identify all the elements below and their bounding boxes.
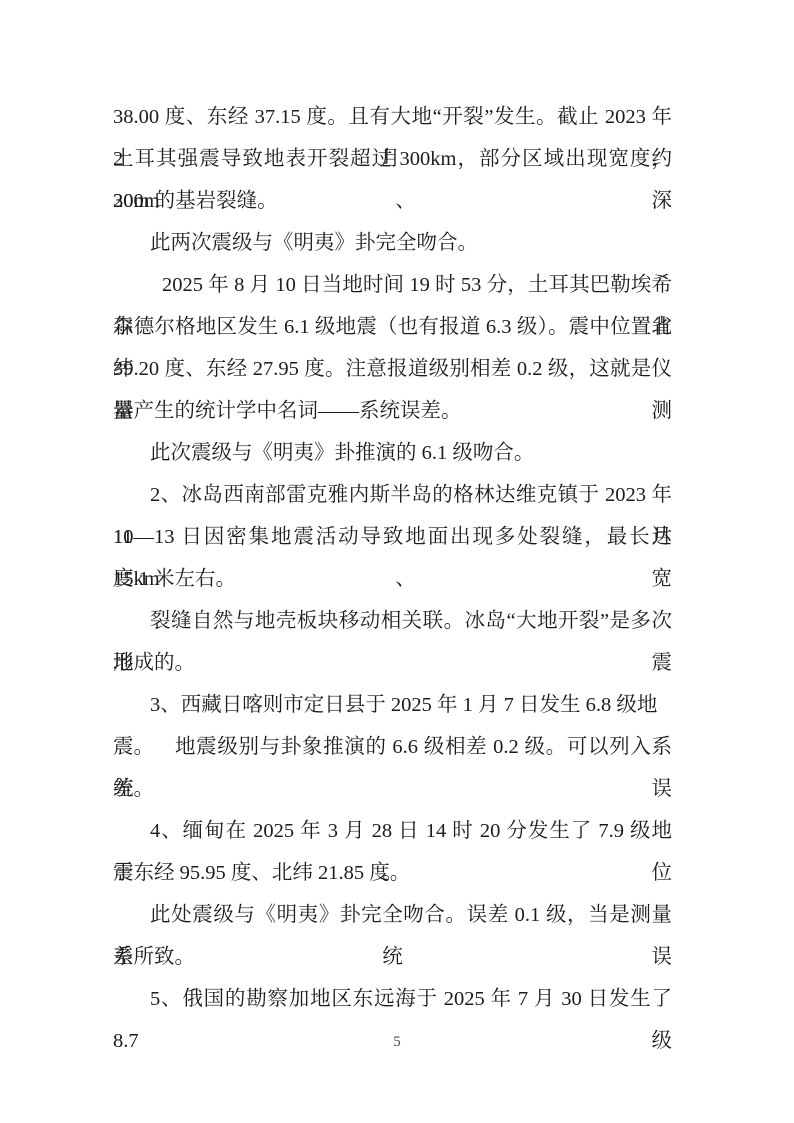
- text-line: 3、西藏日喀则市定日县于 2025 年 1 月 7 日发生 6.8 级地震。: [113, 684, 672, 726]
- paragraph: 3、西藏日喀则市定日县于 2025 年 1 月 7 日发生 6.8 级地震。: [113, 684, 672, 726]
- page-number: 5: [0, 1034, 794, 1051]
- paragraph: 4、缅甸在 2025 年 3 月 28 日 14 时 20 分发生了 7.9 级…: [113, 810, 672, 894]
- text-line: 10—13 日因密集地震活动导致地面出现多处裂缝，最长达 15km、宽: [113, 516, 672, 558]
- text-line: 39.20 度、东经 27.95 度。注意报道级别相差 0.2 级，这就是仪器测: [113, 348, 672, 390]
- text-line: 此次震级与《明夷》卦推演的 6.1 级吻合。: [113, 432, 672, 474]
- paragraph: 2、冰岛西南部雷克雅内斯半岛的格林达维克镇于 2023 年 11 月10—13 …: [113, 474, 672, 600]
- paragraph: 38.00 度、东经 37.15 度。且有大地“开裂”发生。截止 2023 年 …: [113, 96, 672, 222]
- text-line: 5、俄国的勘察加地区东远海于 2025 年 7 月 30 日发生了 8.7 级: [113, 978, 672, 1020]
- paragraph: 此两次震级与《明夷》卦完全吻合。: [113, 222, 672, 264]
- paragraph: 地震级别与卦象推演的 6.6 级相差 0.2 级。可以列入系统误差。: [113, 726, 672, 810]
- paragraph: 此次震级与《明夷》卦推演的 6.1 级吻合。: [113, 432, 672, 474]
- text-line: 38.00 度、东经 37.15 度。且有大地“开裂”发生。截止 2023 年 …: [113, 96, 672, 138]
- text-line: 此两次震级与《明夷》卦完全吻合。: [113, 222, 672, 264]
- text-line: 2025 年 8 月 10 日当地时间 19 时 53 分，土耳其巴勒埃希尔省: [113, 264, 672, 306]
- paragraph: 此处震级与《明夷》卦完全吻合。误差 0.1 级，当是测量系统误差所致。: [113, 894, 672, 978]
- text-line: 4、缅甸在 2025 年 3 月 28 日 14 时 20 分发生了 7.9 级…: [113, 810, 672, 852]
- text-line: 地震级别与卦象推演的 6.6 级相差 0.2 级。可以列入系统误: [113, 726, 672, 768]
- paragraph: 5、俄国的勘察加地区东远海于 2025 年 7 月 30 日发生了 8.7 级: [113, 978, 672, 1020]
- paragraph: 裂缝自然与地壳板块移动相关联。冰岛“大地开裂”是多次地震形成的。: [113, 600, 672, 684]
- document-page: 38.00 度、东经 37.15 度。且有大地“开裂”发生。截止 2023 年 …: [0, 0, 794, 1123]
- paragraph: 2025 年 8 月 10 日当地时间 19 时 53 分，土耳其巴勒埃希尔省森…: [113, 264, 672, 432]
- text-line: 森德尔格地区发生 6.1 级地震（也有报道 6.3 级）。震中位置北纬: [113, 306, 672, 348]
- text-line: 2、冰岛西南部雷克雅内斯半岛的格林达维克镇于 2023 年 11 月: [113, 474, 672, 516]
- text-line: 此处震级与《明夷》卦完全吻合。误差 0.1 级，当是测量系统误: [113, 894, 672, 936]
- text-line: 裂缝自然与地壳板块移动相关联。冰岛“大地开裂”是多次地震: [113, 600, 672, 642]
- text-body: 38.00 度、东经 37.15 度。且有大地“开裂”发生。截止 2023 年 …: [113, 96, 672, 1020]
- text-line: 土耳其强震导致地表开裂超过 300km，部分区域出现宽度约 200m、深: [113, 138, 672, 180]
